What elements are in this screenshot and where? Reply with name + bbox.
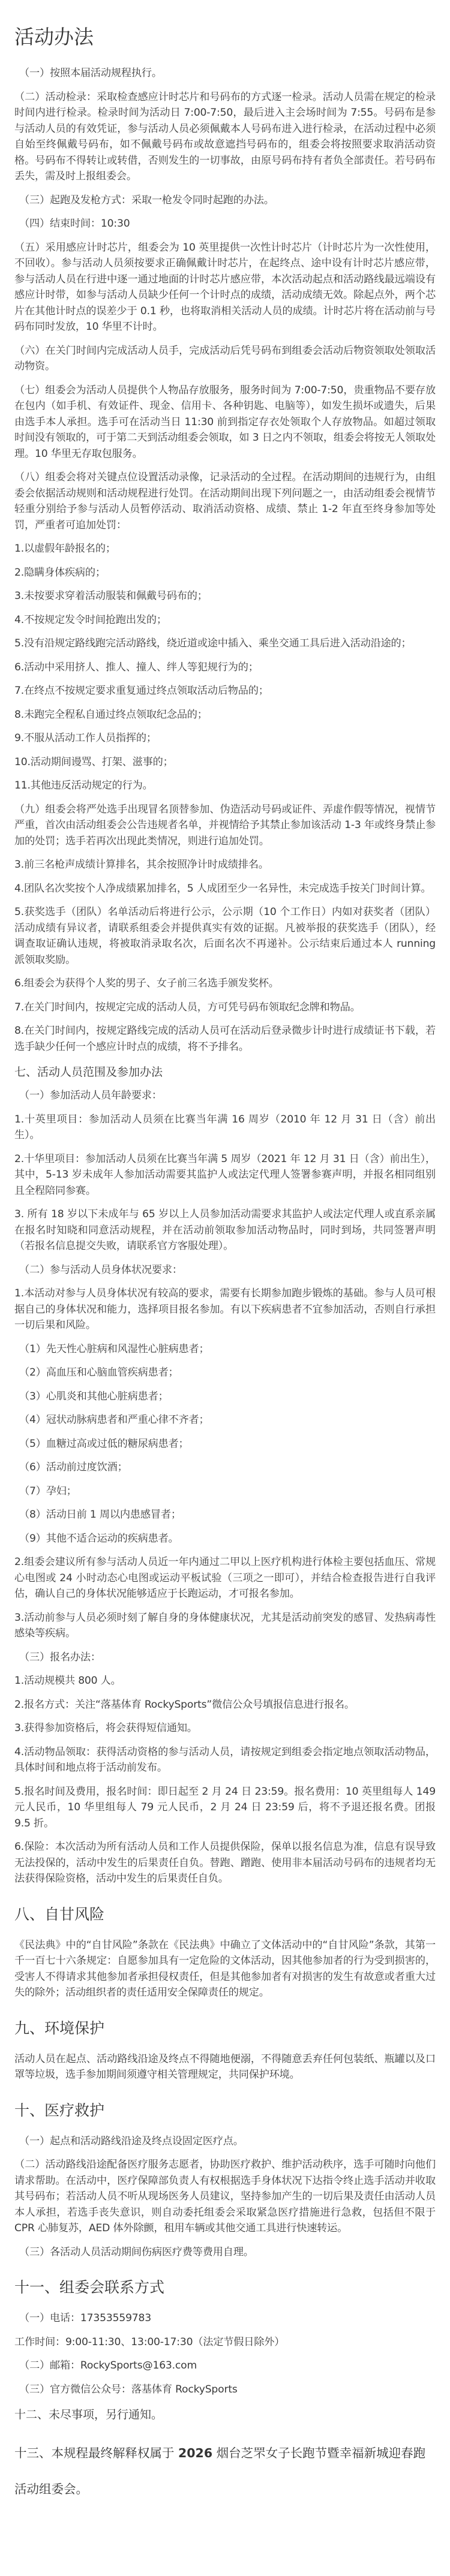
violation-item: 4.不按规定发令时间抢跑出发的； xyxy=(14,612,436,628)
method-9: （九）组委会将严处选手出现冒名顶替参加、伪造活动号码或证件、弄虚作假等情况，视情… xyxy=(14,802,436,850)
method-4: （四）结束时间：10:30 xyxy=(14,216,436,232)
section-8-title: 八、自甘风险 xyxy=(14,1903,436,1924)
section-7-title: 七、活动人员范围及参加办法 xyxy=(14,1063,436,1079)
method-6: （六）在关门时间内完成活动人员手，完成活动后凭号码布到组委会活动后物资领取处领取… xyxy=(14,343,436,375)
contact-email: （二）邮箱：RockySports@163.com xyxy=(14,2358,436,2374)
signup-title: （三）报名办法： xyxy=(14,1650,436,1666)
disease-item: （5）血糖过高或过低的糖尿病患者； xyxy=(14,1436,436,1452)
disease-item: （6）活动前过度饮酒； xyxy=(14,1459,436,1476)
section-9-title: 九、环境保护 xyxy=(14,2017,436,2038)
age-item: 1.十英里项目：参加活动人员须在比赛当年满 16 周岁（2010 年 12 月 … xyxy=(14,1112,436,1143)
method-2: （二）活动检录：采取检查感应计时芯片和号码布的方式逐一检录。活动人员需在规定的检… xyxy=(14,89,436,185)
method-7: （七）组委会为活动人员提供个人物品存放服务，服务时间为 7:00-7:50，贵重… xyxy=(14,383,436,462)
age-item: 2.十华里项目：参加活动人员须在比赛当年满 5 周岁（2021 年 12 月 3… xyxy=(14,1151,436,1199)
violation-item: 11.其他违反活动规定的行为。 xyxy=(14,778,436,794)
method-3: （三）起跑及发枪方式：采取一枪发令同时起跑的办法。 xyxy=(14,192,436,209)
award-item: 5.获奖选手（团队）名单活动后将进行公示，公示期（10 个工作日）内如对获奖者（… xyxy=(14,904,436,968)
statement-year: 2026 xyxy=(178,2446,212,2460)
disease-item: （3）心肌炎和其他心脏病患者； xyxy=(14,1389,436,1405)
section-13-statement: 十三、本规程最终解释权属于 2026 烟台芝罘女子长跑节暨幸福新城迎春跑活动组委… xyxy=(14,2435,436,2507)
section-8-body: 《民法典》中的“自甘风险”条款在《民法典》中确立了文体活动中的“自甘风险”条款，… xyxy=(14,1937,436,2001)
signup-item: 5.报名时间及费用，报名时间：即日起至 2 月 24 日 23:59。报名费用：… xyxy=(14,1784,436,1832)
signup-item: 3.获得参加资格后，将会获得短信通知。 xyxy=(14,1720,436,1737)
violation-item: 3.未按要求穿着活动服装和佩戴号码布的； xyxy=(14,588,436,604)
statement-prefix: 十三、本规程最终解释权属于 xyxy=(14,2446,175,2460)
signup-item: 1.活动规模共 800 人。 xyxy=(14,1673,436,1689)
disease-list: （1）先天性心脏病和风湿性心脏病患者； （2）高血压和心脑血管疾病患者； （3）… xyxy=(14,1341,436,1547)
disease-item: （8）活动日前 1 周以内患感冒者； xyxy=(14,1507,436,1523)
page-title: 活动办法 xyxy=(14,22,436,50)
contact-wechat: （三）官方微信公众号：落基体育 RockySports xyxy=(14,2382,436,2398)
violation-item: 5.没有沿规定路线跑完活动路线，绕近道或途中插入、乘坐交通工具后进入活动沿途的； xyxy=(14,636,436,652)
violation-item: 9.不服从活动工作人员指挥的； xyxy=(14,730,436,747)
award-item: 8.在关门时间内，按规定路线完成的活动人员可在活动后登录微步计时进行成绩证书下载… xyxy=(14,1023,436,1055)
medical-item: （二）活动路线沿途配备医疗服务志愿者，协助医疗救护、维护活动秩序，选手可随时向他… xyxy=(14,2157,436,2237)
violation-item: 2.隐瞒身体疾病的； xyxy=(14,565,436,581)
disease-item: （1）先天性心脏病和风湿性心脏病患者； xyxy=(14,1341,436,1358)
health-requirement-title: （二）参与活动人员身体状况要求： xyxy=(14,1262,436,1278)
disease-item: （2）高血压和心脑血管疾病患者； xyxy=(14,1365,436,1381)
award-item: 7.在关门时间内，按规定完成的活动人员，方可凭号码布领取纪念牌和物品。 xyxy=(14,1000,436,1016)
award-item: 3.前三名枪声成绩计算排名，其余按照净计时成绩排名。 xyxy=(14,857,436,873)
medical-item: （一）起点和活动路线沿途及终点设固定医疗点。 xyxy=(14,2133,436,2150)
health-item: 3.活动前参与人员必须时刻了解自身的身体健康状况，尤其是活动前突发的感冒、发热病… xyxy=(14,1610,436,1642)
violation-item: 7.在终点不按规定要求重复通过终点领取活动后物品的； xyxy=(14,683,436,699)
health-intro: 1.本活动对参与人员身体状况有较高的要求，需要有长期参加跑步锻炼的基础。参与人员… xyxy=(14,1286,436,1334)
awards-list: 3.前三名枪声成绩计算排名，其余按照净计时成绩排名。 4.团队名次奖按个人净成绩… xyxy=(14,857,436,1055)
signup-item: 6.保险：本次活动为所有活动人员和工作人员提供保险，保单以报名信息为准，信息有误… xyxy=(14,1839,436,1887)
method-8: （八）组委会将对关键点位设置活动录像，记录活动的全过程。在活动期间的违规行为，由… xyxy=(14,470,436,533)
disease-item: （9）其他不适合运动的疾病患者。 xyxy=(14,1531,436,1547)
method-5: （五）采用感应计时芯片，组委会为 10 英里提供一次性计时芯片（计时芯片为一次性… xyxy=(14,240,436,335)
violation-item: 10.活动期间谩骂、打架、滋事的； xyxy=(14,754,436,771)
award-item: 4.团队名次奖按个人净成绩累加排名，5 人成团至少一名异性，未完成选手按关门时间… xyxy=(14,881,436,897)
document-page: 活动办法 （一）按照本届活动规程执行。 （二）活动检录：采取检查感应计时芯片和号… xyxy=(0,0,450,2525)
signup-item: 4.活动物品领取：获得活动资格的参与活动人员，请按规定到组委会指定地点领取活动物… xyxy=(14,1744,436,1776)
medical-item: （三）各活动人员活动期间伤病医疗费等费用自理。 xyxy=(14,2244,436,2261)
method-1: （一）按照本届活动规程执行。 xyxy=(14,65,436,82)
violation-item: 1.以虚假年龄报名的； xyxy=(14,541,436,557)
disease-item: （7）孕妇； xyxy=(14,1483,436,1500)
disease-item: （4）冠状动脉病患者和严重心律不齐者； xyxy=(14,1412,436,1428)
contact-hours: 工作时间：9:00-11:30、13:00-17:30（法定节假日除外） xyxy=(14,2334,436,2351)
section-11-title: 十一、组委会联系方式 xyxy=(14,2276,436,2297)
section-10-title: 十、医疗救护 xyxy=(14,2099,436,2120)
contact-phone: （一）电话：17353559783 xyxy=(14,2310,436,2327)
age-requirement-title: （一）参加活动人员年龄要求： xyxy=(14,1088,436,1104)
violation-item: 8.未跑完全程私自通过终点领取纪念品的； xyxy=(14,707,436,723)
section-9-body: 活动人员在起点、活动路线沿途及终点不得随地便溺，不得随意丢弃任何包装纸、瓶罐以及… xyxy=(14,2051,436,2083)
age-item: 3. 所有 18 岁以下未成年与 65 岁以上人员参加活动需要求其监护人或法定代… xyxy=(14,1206,436,1254)
signup-item: 2.报名方式：关注“落基体育 RockySports”微信公众号填报信息进行报名… xyxy=(14,1697,436,1713)
health-item: 2.组委会建议所有参与活动人员近一年内通过二甲以上医疗机构进行体检主要包括血压、… xyxy=(14,1554,436,1602)
award-item: 6.组委会为获得个人奖的男子、女子前三名选手颁发奖杯。 xyxy=(14,976,436,992)
violations-list: 1.以虚假年龄报名的； 2.隐瞒身体疾病的； 3.未按要求穿着活动服装和佩戴号码… xyxy=(14,541,436,794)
section-12-title: 十二、未尽事项，另行通知。 xyxy=(14,2406,436,2422)
violation-item: 6.活动中采用挤人、推人、撞人、绊人等犯规行为的； xyxy=(14,660,436,676)
